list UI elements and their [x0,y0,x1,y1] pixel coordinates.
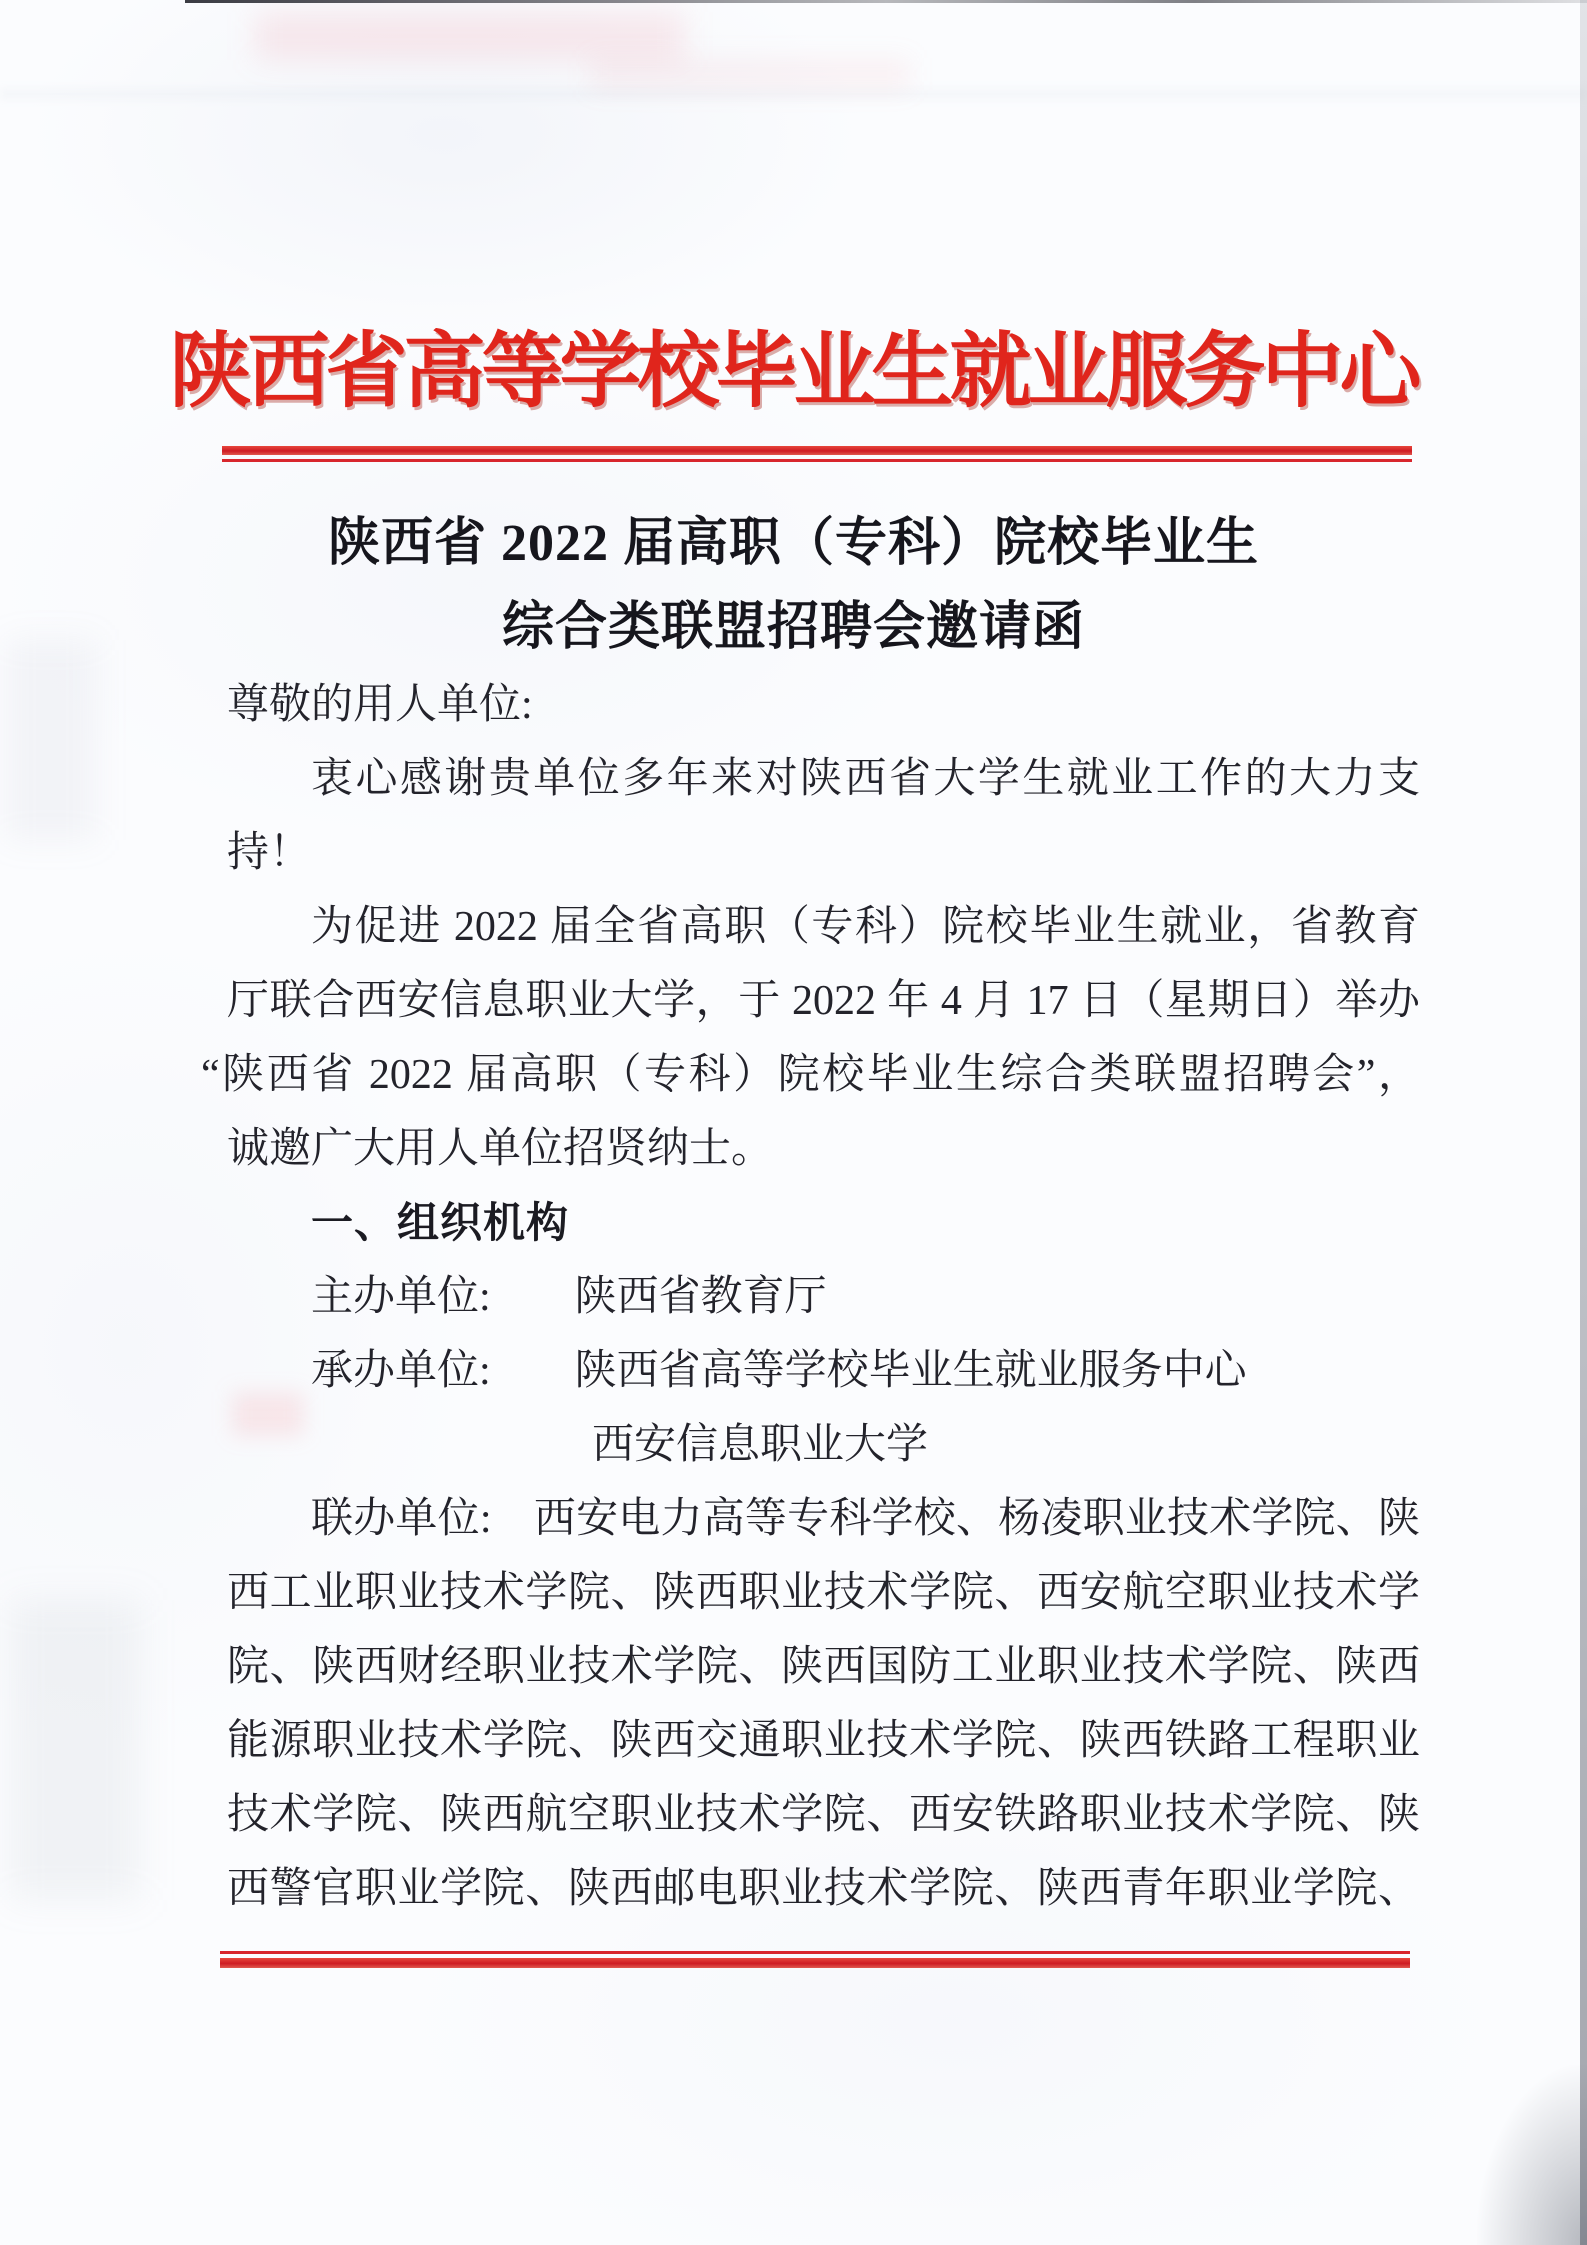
document-line: 技术学院、陕西航空职业技术学院、西安铁路职业技术学院、陕 [227,1778,1420,1852]
divider-thin-line [222,459,1412,462]
scan-bleed-artifact [6,640,96,840]
document-line: 西安信息职业大学 [227,1408,1420,1482]
document-line: 衷心感谢贵单位多年来对陕西省大学生就业工作的大力支 [227,742,1420,816]
document-line: 一、组织机构 [227,1186,1420,1260]
divider-thick-line [222,446,1412,455]
document-line: 西工业职业技术学院、陕西职业技术学院、西安航空职业技术学 [227,1556,1420,1630]
scanner-top-edge [185,0,1587,3]
document-line: 能源职业技术学院、陕西交通职业技术学院、陕西铁路工程职业 [227,1704,1420,1778]
letterhead-divider-rule [222,446,1412,462]
document-line: “陕西省 2022 届高职（专科）院校毕业生综合类联盟招聘会”， [201,1038,1420,1112]
page-corner-shadow [1477,2065,1587,2245]
document-line: 西警官职业学院、陕西邮电职业技术学院、陕西青年职业学院、 [227,1852,1420,1926]
scanned-letter-page: 陕西省高等学校毕业生就业服务中心 陕西省 2022 届高职（专科）院校毕业生 综… [0,0,1587,2245]
footer-divider-rule [220,1951,1410,1968]
divider-thick-line [220,1958,1410,1968]
body-lines: 尊敬的用人单位:衷心感谢贵单位多年来对陕西省大学生就业工作的大力支持！为促进 2… [227,668,1420,1926]
scan-bleed-artifact [0,88,1587,100]
document-line: 主办单位: 陕西省教育厅 [227,1260,1420,1334]
document-line: 尊敬的用人单位: [227,668,1420,742]
page-right-edge [1580,0,1587,2245]
document-line: 承办单位: 陕西省高等学校毕业生就业服务中心 [227,1334,1420,1408]
document-line: 为促进 2022 届全省高职（专科）院校毕业生就业，省教育 [227,890,1420,964]
document-line: 诚邀广大用人单位招贤纳士。 [227,1112,1420,1186]
scan-bleed-artifact [590,58,910,90]
scan-bleed-artifact [10,1600,140,1900]
document-title-line-1: 陕西省 2022 届高职（专科）院校毕业生 [0,502,1587,586]
document-line: 厅联合西安信息职业大学，于 2022 年 4 月 17 日（星期日）举办 [227,964,1420,1038]
scan-bleed-artifact [255,12,685,60]
document-title: 陕西省 2022 届高职（专科）院校毕业生 综合类联盟招聘会邀请函 [0,502,1587,670]
document-line: 联办单位: 西安电力高等专科学校、杨凌职业技术学院、陕 [227,1482,1420,1556]
document-line: 院、陕西财经职业技术学院、陕西国防工业职业技术学院、陕西 [227,1630,1420,1704]
document-line: 持！ [227,816,1420,890]
letterhead-title: 陕西省高等学校毕业生就业服务中心 [0,306,1587,423]
document-title-line-2: 综合类联盟招聘会邀请函 [0,586,1587,670]
